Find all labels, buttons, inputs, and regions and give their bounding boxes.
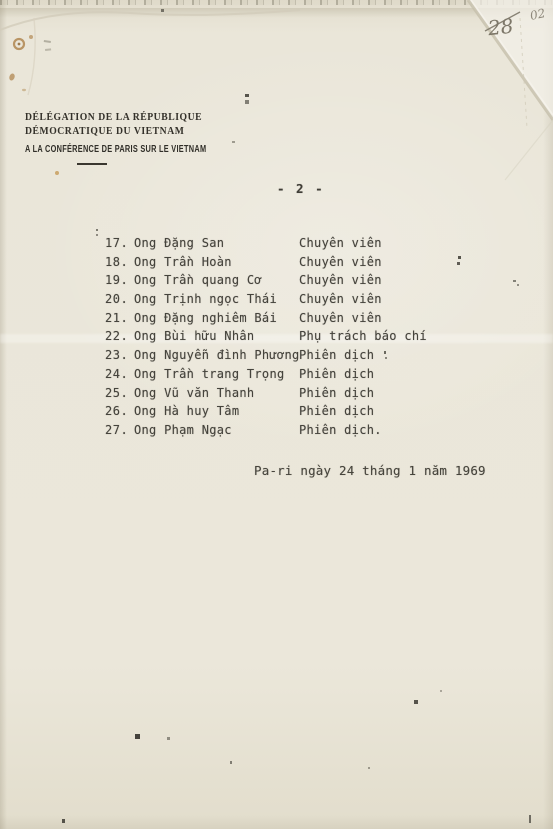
delegate-role: Phụ trách báo chí [299,329,427,343]
ink-speck [245,94,249,97]
delegate-name: Ong Bùi hữu Nhân [134,329,254,343]
ink-speck [96,229,98,231]
letterhead: DÉLÉGATION DE LA RÉPUBLIQUE DÉMOCRATIQUE… [25,111,284,156]
delegate-number: 18. [105,255,128,269]
delegate-name: Ong Hà huy Tâm [134,404,239,418]
stain [45,48,51,51]
delegate-role: Chuyên viên [299,255,382,269]
delegate-name: Ong Phạm Ngạc [134,423,232,437]
letterhead-line-1: DÉLÉGATION DE LA RÉPUBLIQUE [25,111,263,125]
ink-speck [384,351,386,354]
delegate-name: Ong Trịnh ngọc Thái [134,292,277,306]
letterhead-line-2: DÉMOCRATIQUE DU VIETNAM [25,125,263,139]
ink-speck [96,234,98,236]
ink-speck [62,819,65,823]
ink-speck [385,357,387,359]
delegate-number: 27. [105,423,128,437]
letterhead-line-3: A LA CONFÉRENCE DE PARIS SUR LE VIETNAM [25,143,206,156]
torn-top-edge [0,0,553,5]
delegate-number: 20. [105,292,128,306]
ink-speck [230,761,232,764]
page-number: - 2 - [277,181,325,196]
dateline: Pa-ri ngày 24 tháng 1 năm 1969 [254,463,486,478]
delegate-number: 19. [105,273,128,287]
delegate-number: 23. [105,348,128,362]
delegate-role: Chuyên viên [299,292,382,306]
top-crease-shadow [0,8,553,22]
ink-speck [167,737,170,740]
delegate-name: Ong Đặng San [134,236,224,250]
ink-speck [517,284,519,286]
ink-speck [135,734,140,739]
delegate-number: 25. [105,386,128,400]
delegate-name: Ong Trần trang Trọng [134,367,285,381]
stain [29,35,33,39]
delegate-role: Chuyên viên [299,273,382,287]
ink-speck [414,700,418,704]
ink-speck [368,767,370,769]
delegate-number: 21. [105,311,128,325]
stain [22,89,26,91]
delegate-name: Ong Nguyễn đình Phương [134,348,300,362]
delegate-number: 24. [105,367,128,381]
delegate-name: Ong Vũ văn Thanh [134,386,254,400]
delegate-name: Ong Đặng nghiêm Bái [134,311,277,325]
delegate-number: 26. [105,404,128,418]
ink-speck [440,690,442,692]
ink-speck [457,262,460,265]
fold-shadow-tail [505,120,553,180]
delegate-role: Phiên dịch [299,367,374,381]
delegate-number: 17. [105,236,128,250]
delegate-role: Chuyên viên [299,311,382,325]
delegate-name: Ong Trần Hoàn [134,255,232,269]
ink-speck [458,256,461,259]
stain [55,171,59,175]
paper-crease [28,18,35,95]
delegate-role: Phiên dịch [299,348,374,362]
secondary-crease [520,18,527,128]
stain [44,40,51,43]
letterhead-underline [77,163,107,165]
scanned-document-page: { "document": { "letterhead": { "line1":… [0,0,553,829]
ink-speck [513,280,516,282]
stain-ring [14,39,24,49]
ink-speck [245,100,249,104]
delegate-role: Chuyên viên [299,236,382,250]
delegate-number: 22. [105,329,128,343]
stain [8,73,15,82]
scan-light-band [0,334,553,343]
ink-speck [529,815,531,823]
delegate-name: Ong Trần quang Cơ [134,273,262,287]
stain [18,43,21,46]
delegate-role: Phiên dịch. [299,423,382,437]
delegate-role: Phiên dịch [299,404,374,418]
delegate-role: Phiên dịch [299,386,374,400]
